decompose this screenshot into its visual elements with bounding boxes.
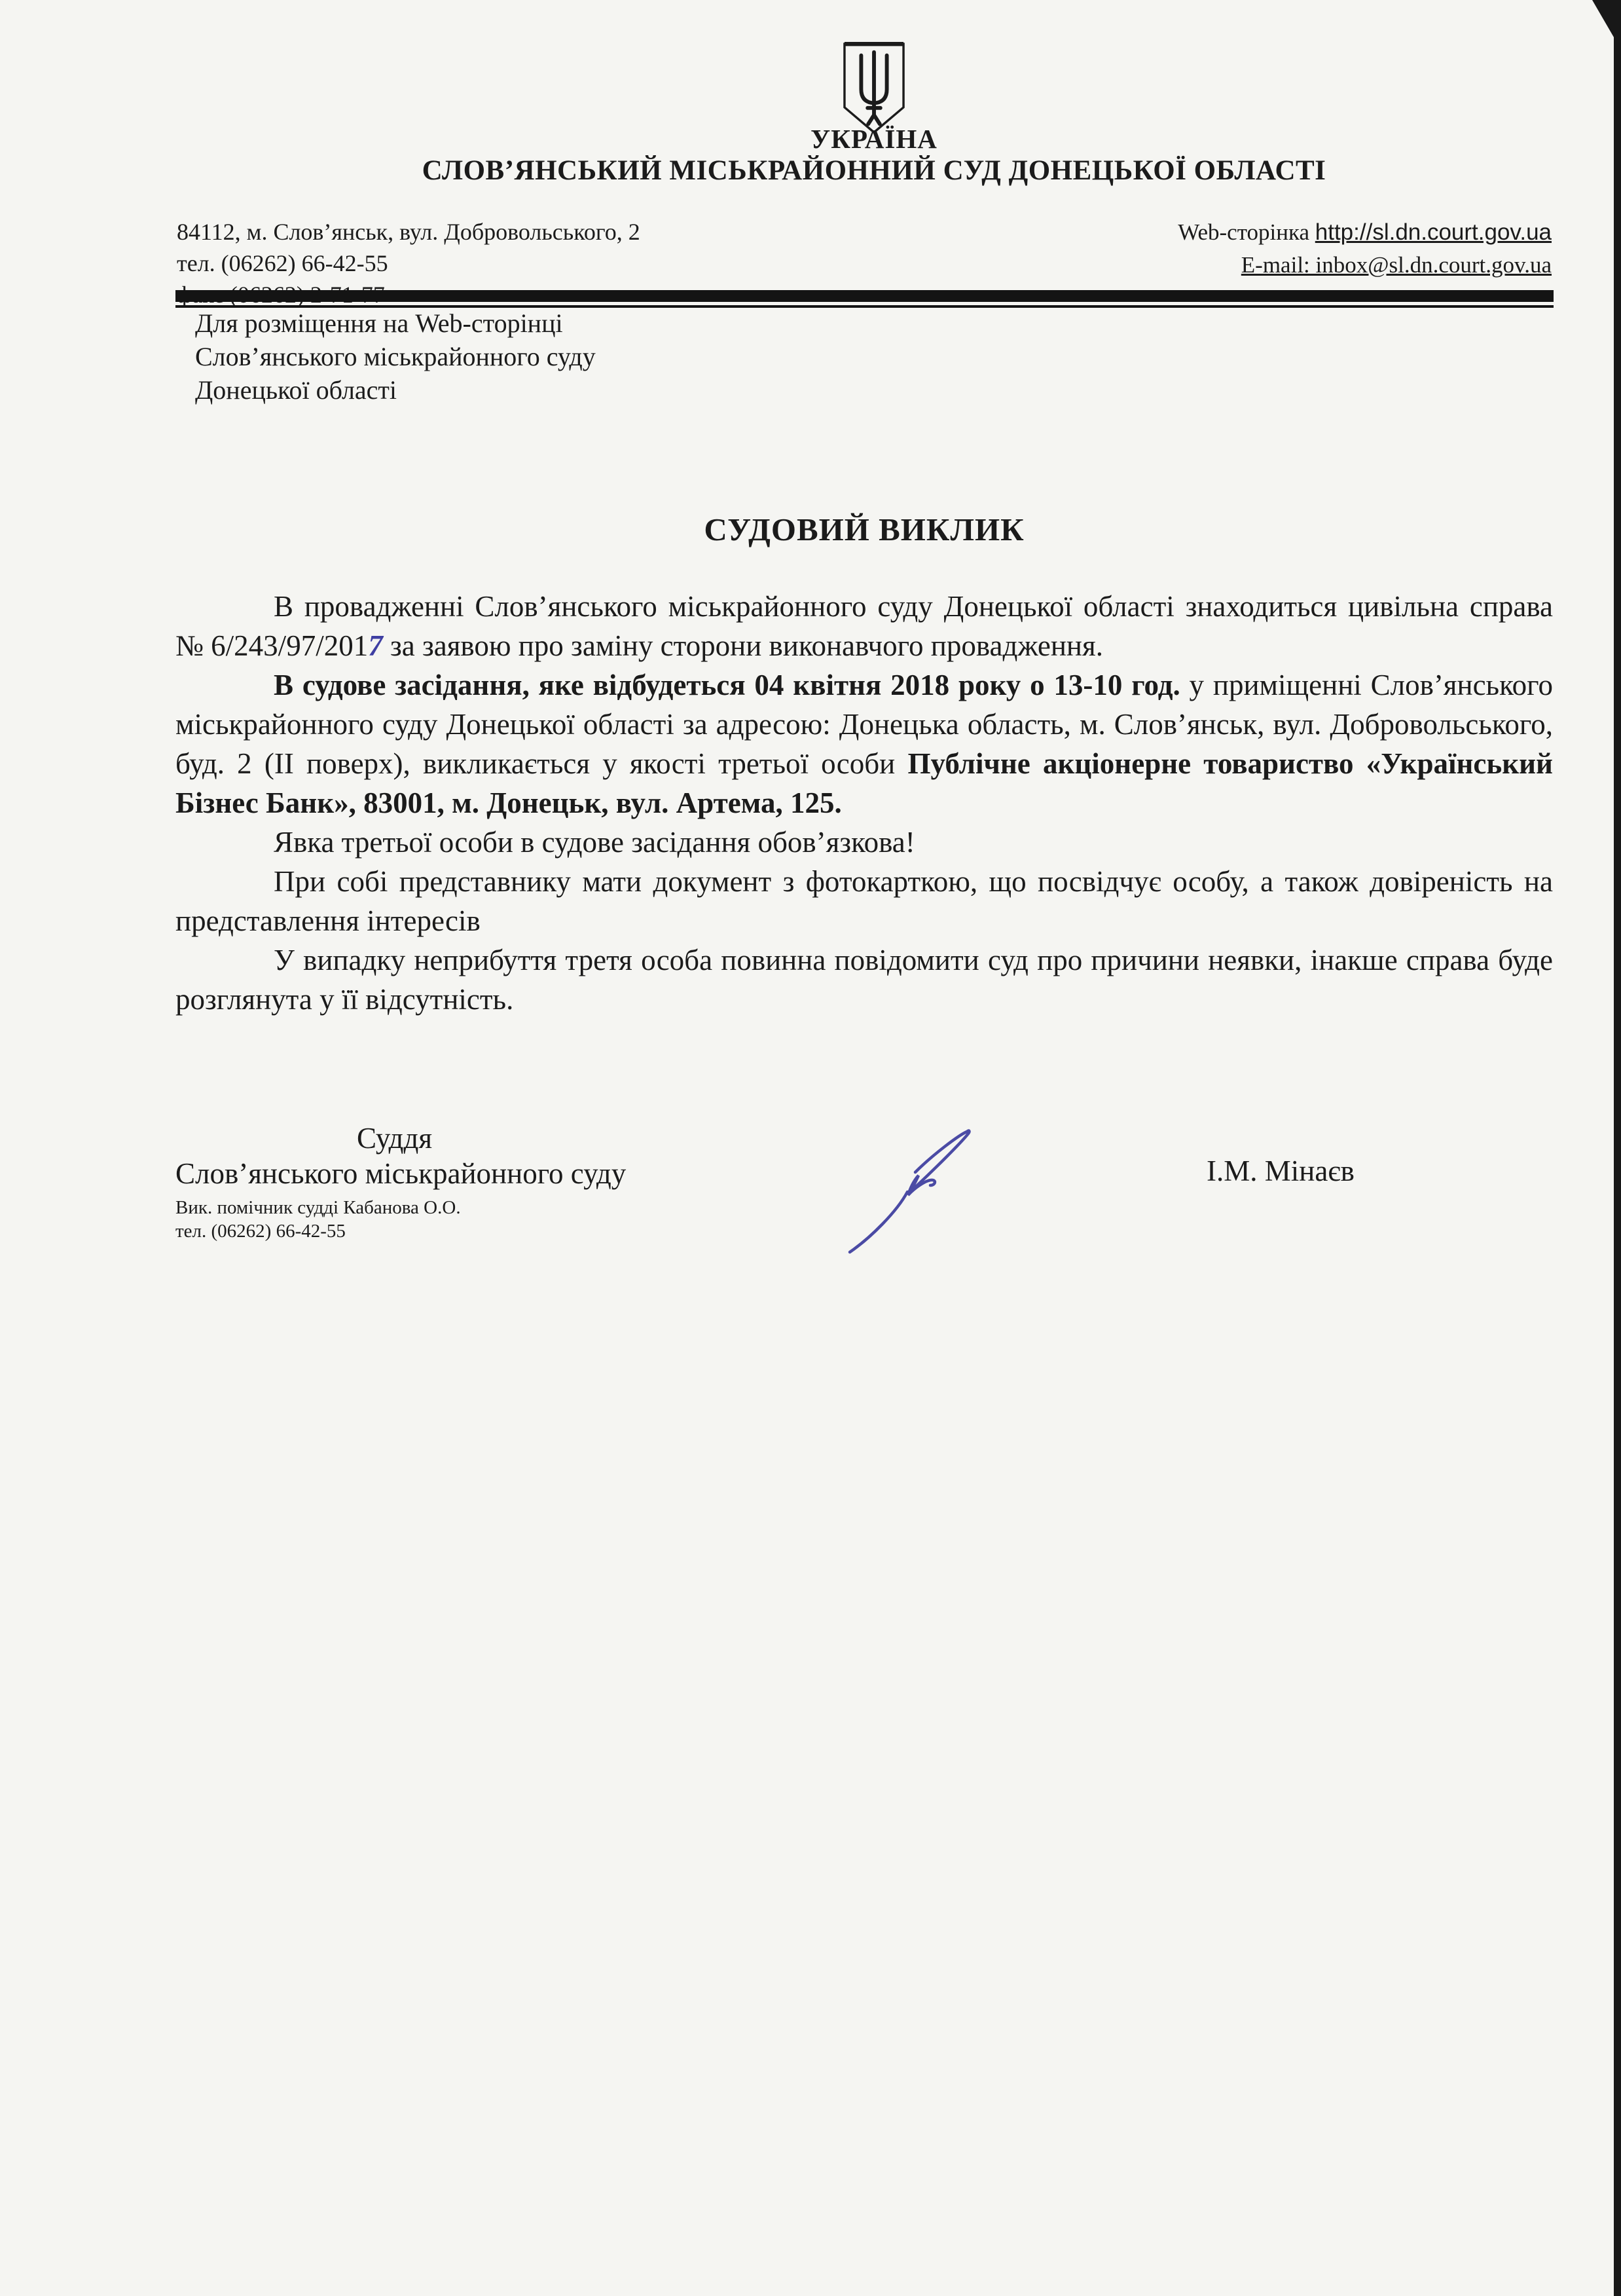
scan-edge-artifact: [1614, 0, 1621, 2296]
web-line: Web-сторінка http://sl.dn.court.gov.ua: [1178, 216, 1552, 249]
handwritten-signature: [831, 1112, 982, 1269]
judge-court-line: Слов’янського міськрайонного суду: [175, 1157, 626, 1191]
assistant-phone: тел. (06262) 66-42-55: [175, 1221, 346, 1242]
document-body: В провадженні Слов’янського міськрайонно…: [175, 587, 1553, 1019]
web-note-line1: Для розміщення на Web-сторінці: [195, 306, 596, 340]
paragraph-case-info: В провадженні Слов’янського міськрайонно…: [175, 587, 1553, 665]
court-name-heading: СЛОВ’ЯНСЬКИЙ МІСЬКРАЙОННИЙ СУД ДОНЕЦЬКОЇ…: [175, 155, 1573, 187]
paragraph-attendance-mandatory: Явка третьої особи в судове засідання об…: [175, 823, 1553, 862]
court-web-contact-block: Web-сторінка http://sl.dn.court.gov.ua E…: [1178, 216, 1552, 282]
court-phone: тел. (06262) 66-42-55: [177, 248, 640, 279]
scanned-court-summons-page: УКРАЇНА СЛОВ’ЯНСЬКИЙ МІСЬКРАЙОННИЙ СУД Д…: [0, 0, 1621, 2296]
web-note-line3: Донецької області: [195, 373, 596, 407]
country-label: УКРАЇНА: [175, 123, 1573, 155]
web-label: Web-сторінка: [1178, 219, 1315, 245]
web-url: http://sl.dn.court.gov.ua: [1315, 219, 1552, 245]
judge-title: Суддя: [357, 1121, 432, 1155]
hearing-date-bold: В судове засідання, яке відбудеться 04 к…: [274, 669, 1180, 701]
web-note-line2: Слов’янського міськрайонного суду: [195, 340, 596, 373]
case-info-text-end: за заявою про заміну сторони виконавчого…: [383, 629, 1103, 662]
paragraph-hearing: В судове засідання, яке відбудеться 04 к…: [175, 665, 1553, 823]
header-rule-thick: [175, 290, 1554, 302]
court-address: 84112, м. Слов’янськ, вул. Добровольсько…: [177, 216, 640, 248]
scan-corner-artifact: [1592, 0, 1616, 41]
document-title: СУДОВИЙ ВИКЛИК: [175, 511, 1553, 548]
paragraph-documents-required: При собі представнику мати документ з фо…: [175, 862, 1553, 940]
judge-name: І.М. Мінаєв: [1207, 1154, 1355, 1188]
handwritten-digit-correction: 7: [368, 629, 383, 662]
paragraph-absence-warning: У випадку неприбуття третя особа повинна…: [175, 940, 1553, 1019]
web-placement-note: Для розміщення на Web-сторінці Слов’янсь…: [195, 306, 596, 407]
assistant-line: Вик. помічник судді Кабанова О.О.: [175, 1197, 461, 1219]
email-line: E-mail: inbox@sl.dn.court.gov.ua: [1178, 249, 1552, 282]
ukraine-trident-icon: [842, 42, 906, 135]
